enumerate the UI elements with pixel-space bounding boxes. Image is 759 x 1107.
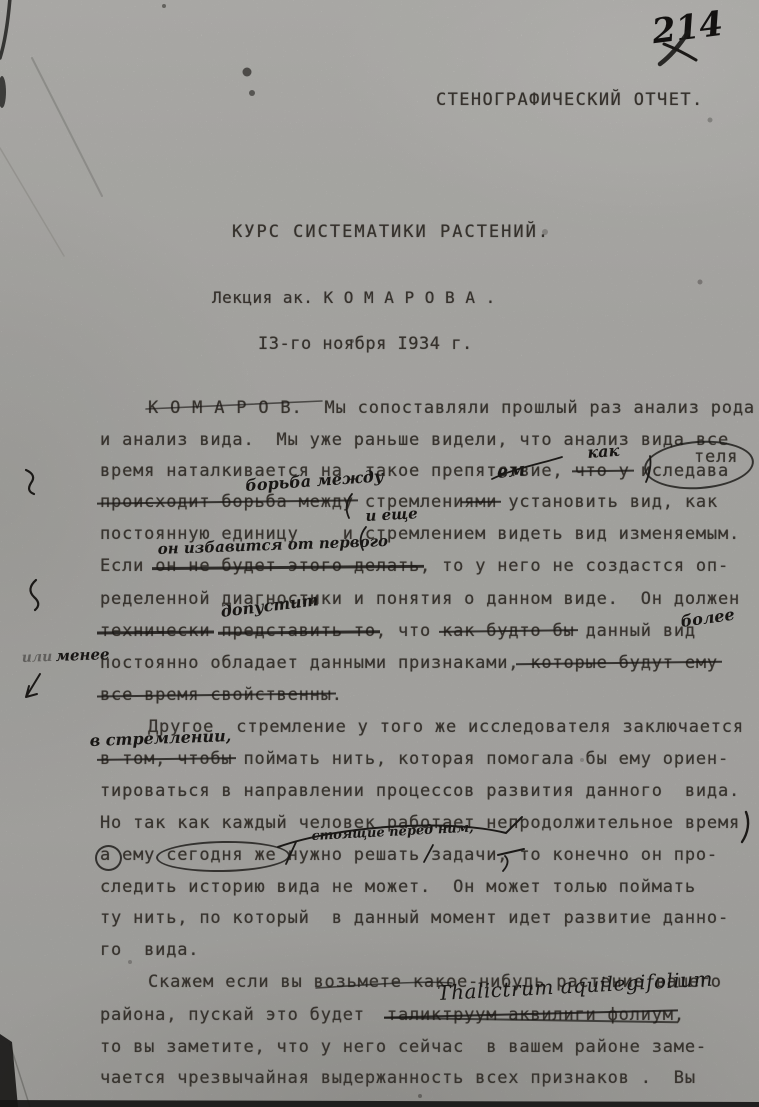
typed-text <box>210 621 221 641</box>
typed-text: время наталкивается на такое препятствие… <box>100 461 575 481</box>
typed-line: происходит борьба между стремлениями уст… <box>100 492 718 512</box>
typed-text: стремлени <box>354 492 464 512</box>
typed-line: ределенной диагностики и понятия о данно… <box>100 589 740 609</box>
handwritten-note: как <box>587 441 620 462</box>
insert-caret-stremleni-1 <box>347 494 352 518</box>
typed-text: , то у него не создастся оп- <box>420 556 729 576</box>
faint-crease-3 <box>10 1044 30 1107</box>
insert-caret-nuzhno <box>286 842 296 864</box>
typed-line: Но так как каждый человек работает непро… <box>100 813 740 833</box>
typed-text: тироваться в направлении процессов разви… <box>100 781 740 801</box>
strikethrough-text: как будто бы <box>442 621 574 641</box>
handwritten-note: стоящие перед ним, <box>311 821 474 844</box>
strikethrough-text: представить то <box>221 621 376 641</box>
typed-text: Скажем если вы возьмете какое-нибудь рас… <box>148 972 722 992</box>
paper-noise <box>0 0 759 1107</box>
typed-line: постоянную единицу и стремлением видеть … <box>100 524 740 544</box>
corner-wedge <box>0 1034 18 1107</box>
strikethrough-text: в том, чтобы <box>100 749 232 769</box>
typed-line: чается чрезвычайная выдержанность всех п… <box>100 1068 696 1088</box>
typed-text: следить историю вида не может. Он может … <box>100 877 696 897</box>
typed-line: Скажем если вы возьмете какое-нибудь рас… <box>148 972 722 992</box>
faint-crease-1 <box>32 58 102 196</box>
typed-text: ту нить, по который в данный момент идет… <box>100 908 729 928</box>
strikethrough-text: он не будет этого делать <box>155 556 420 576</box>
handwritten-note: или <box>21 649 52 666</box>
right-edge-pen-mark <box>742 812 748 842</box>
typed-line: а ему сегодня же нужно решать задачи, то… <box>100 845 718 865</box>
typed-text: иследава <box>630 461 729 481</box>
lecture-date: I3-го ноября I934 г. <box>258 334 473 354</box>
typed-line: постоянно обладает данными признаками, к… <box>100 653 718 673</box>
typed-line: время наталкивается на такое препятствие… <box>100 461 729 481</box>
strikethrough-text: таликтруум аквилиги фолиум <box>387 1005 674 1025</box>
typed-text: данный вид <box>575 621 696 641</box>
edge-blob <box>0 76 6 108</box>
scanned-document-page: 214 СТЕНОГРАФИЧЕСКИЙ ОТЧЕТ. КУРС СИСТЕМА… <box>0 0 759 1107</box>
strikethrough-text: которые будут ему <box>519 653 718 673</box>
handwritten-note: Thalictrum aquilegifolium <box>437 967 714 1005</box>
typed-line: Другое стремление у того же исследовател… <box>148 717 744 737</box>
edit-circle <box>642 437 755 493</box>
hand-comma <box>503 856 508 871</box>
komarov-strike-line <box>146 401 322 409</box>
lecture-subtitle: Лекция ак. К О М А Р О В А . <box>212 288 496 307</box>
handwritten-note: борьба между <box>245 466 384 495</box>
typed-text: то вы заметите, что у него сейчас в ваше… <box>100 1037 707 1057</box>
typed-text: го вида. <box>100 940 199 960</box>
typed-text: и анализ вида. Мы уже раньше видели, что… <box>100 430 729 450</box>
typed-text: а ему сегодня же нужно решать задачи, то… <box>100 845 718 865</box>
course-title: КУРС СИСТЕМАТИКИ РАСТЕНИЙ. <box>232 222 550 242</box>
typed-text: ределенной диагностики и понятия о данно… <box>100 589 740 609</box>
typed-text: поймать нить, которая помогала бы ему ор… <box>232 749 729 769</box>
handwritten-note: он избавится от первого <box>157 532 388 558</box>
typed-line: района, пускай это будет таликтруум акви… <box>100 1005 685 1025</box>
strikethrough-text: происходит борьба между <box>100 492 354 512</box>
paper-damage-layer <box>0 0 759 1107</box>
typed-line: К О М А Р О В. Мы сопоставляли прошлый р… <box>148 398 755 418</box>
handwritten-note: менее <box>55 645 109 665</box>
comma-strike <box>498 849 524 855</box>
latin-lead-stroke <box>316 982 452 988</box>
bottom-scan-band <box>0 1100 759 1107</box>
typed-text: Если <box>100 556 155 576</box>
faint-crease-2 <box>0 148 64 256</box>
page-number-handwritten: 214 <box>650 4 725 52</box>
typed-line: то вы заметите, что у него сейчас в ваше… <box>100 1037 707 1057</box>
typed-text-layer: К О М А Р О В. Мы сопоставляли прошлый р… <box>0 0 759 1107</box>
handwritten-notes-layer: какборьба междуеми ещеон избавится от пе… <box>0 0 759 1107</box>
corner-crease-dark <box>0 0 10 58</box>
handwritten-note: более <box>679 605 735 631</box>
typed-text: , что <box>376 621 442 641</box>
handwritten-note: в стремлении, <box>89 726 231 750</box>
typed-line: следить историю вида не может. Он может … <box>100 877 696 897</box>
strikethrough-text: все время свойственны <box>100 685 332 705</box>
handwritten-note: и еще <box>365 504 418 525</box>
typed-text: постоянно обладает данными признаками, <box>100 653 519 673</box>
handwritten-note: допустит <box>220 590 320 621</box>
strikethrough-text: что у <box>575 461 630 481</box>
typed-text: Но так как каждый человек работает непро… <box>100 813 740 833</box>
typed-line: теля <box>694 447 738 467</box>
typed-text: установить вид, как <box>497 492 718 512</box>
insert-caret-issledova <box>646 456 651 482</box>
ink-specks <box>128 4 713 1098</box>
typed-line: технически представить то, что как будто… <box>100 621 696 641</box>
edit-circle <box>95 845 122 871</box>
typed-line: го вида. <box>100 940 199 960</box>
strikethrough-text: ями <box>464 492 497 512</box>
typed-line: все время свойственны. <box>100 685 343 705</box>
typed-text: постоянную единицу и стремлением видеть … <box>100 524 740 544</box>
edge-squiggle-1 <box>26 470 34 494</box>
typed-text: , <box>674 1005 685 1025</box>
typed-text: района, пускай это будет <box>100 1005 387 1025</box>
edit-circle <box>156 840 291 873</box>
typed-text: К О М А Р О В. Мы сопоставляли прошлый р… <box>148 398 755 418</box>
handwritten-note: ем <box>496 459 527 483</box>
typed-line: ту нить, по который в данный момент идет… <box>100 908 729 928</box>
edge-squiggle-2 <box>30 580 38 610</box>
insert-caret-zadachi <box>424 845 433 862</box>
typed-line: в том, чтобы поймать нить, которая помог… <box>100 749 729 769</box>
typed-text: теля <box>694 447 738 467</box>
long-swoosh <box>278 817 522 847</box>
typed-line: Если он не будет этого делать, то у него… <box>100 556 729 576</box>
report-header: СТЕНОГРАФИЧЕСКИЙ ОТЧЕТ. <box>436 90 704 110</box>
typed-text: чается чрезвычайная выдержанность всех п… <box>100 1068 696 1088</box>
strikethrough-text: технически <box>100 621 210 641</box>
typed-line: и анализ вида. Мы уже раньше видели, что… <box>100 430 729 450</box>
em-flourish <box>492 457 562 479</box>
typed-text: Другое стремление у того же исследовател… <box>148 717 744 737</box>
typed-line: тироваться в направлении процессов разви… <box>100 781 740 801</box>
insert-caret-stremleni-2 <box>361 527 366 550</box>
pencil-marks-layer <box>0 0 759 1107</box>
margin-arrow <box>26 674 40 697</box>
typed-text: . <box>332 685 343 705</box>
